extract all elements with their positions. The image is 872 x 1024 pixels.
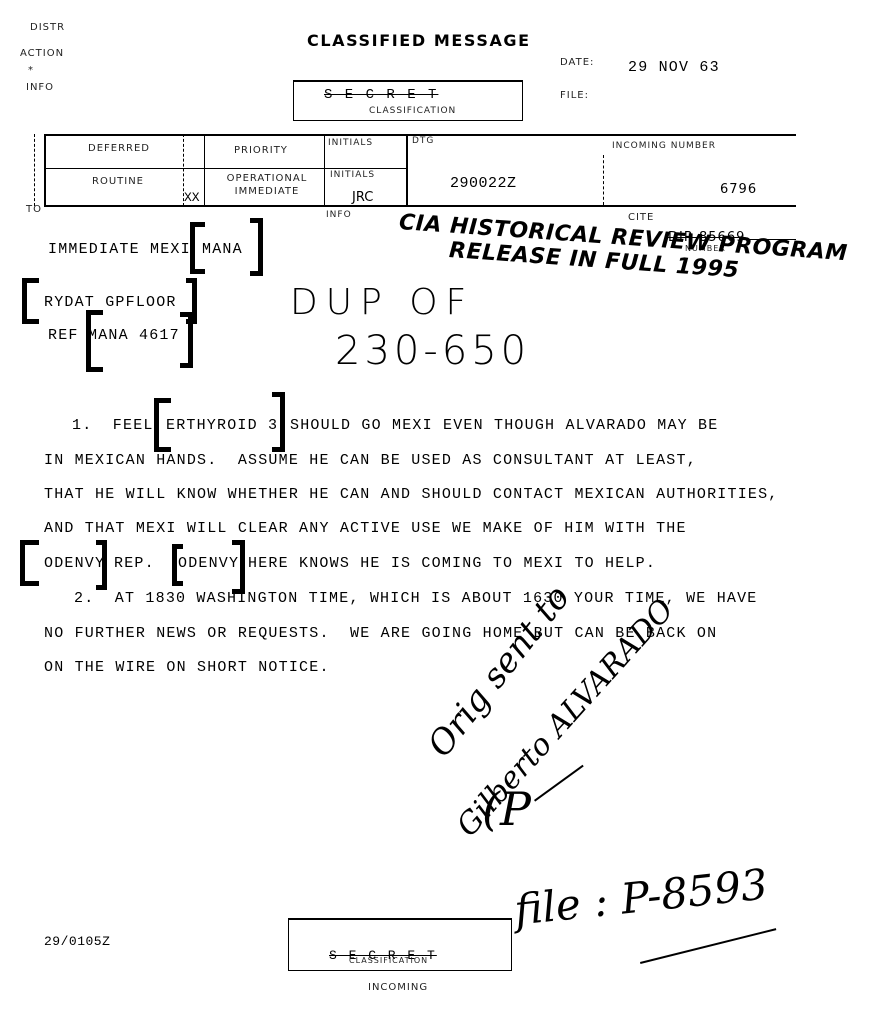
addressee-line: IMMEDIATE MEXI bbox=[48, 241, 191, 258]
routing-label-action: ACTION bbox=[20, 48, 64, 59]
incoming-number-label: INCOMING NUMBER bbox=[612, 141, 716, 151]
priority-label: PRIORITY bbox=[234, 145, 288, 156]
ref-value: MANA 4617 bbox=[88, 327, 180, 344]
handwritten-dup-line1: DUP OF bbox=[290, 282, 474, 323]
body-p1-line1-b: SHOULD GO MEXI EVEN THOUGH ALVARADO MAY … bbox=[290, 417, 718, 434]
date-value: 29 NOV 63 bbox=[628, 59, 720, 76]
footer-dtg-ref: 29/0105Z bbox=[44, 934, 110, 949]
precedence-routine[interactable]: ROUTINE bbox=[92, 176, 144, 187]
info-label: INFO bbox=[326, 210, 352, 220]
date-label: DATE: bbox=[560, 57, 594, 68]
body-p1-redacted-cryptonym: ERTHYROID 3 bbox=[166, 417, 278, 434]
body-p1-redacted-odenvy-2: ODENVY bbox=[178, 555, 239, 572]
document-title: CLASSIFIED MESSAGE bbox=[307, 31, 531, 50]
dtg-value: 290022Z bbox=[450, 175, 517, 192]
precedence-deferred[interactable]: DEFERRED bbox=[88, 143, 150, 154]
footer-incoming-label: INCOMING bbox=[368, 982, 428, 993]
classification-box: S E C R E T CLASSIFICATION bbox=[293, 80, 523, 121]
crypto-indicator: RYDAT GPFLOOR bbox=[44, 294, 177, 311]
routing-label-info: INFO bbox=[26, 82, 54, 93]
body-p1-line1-a: 1. FEEL bbox=[72, 417, 154, 434]
body-p1-line4: AND THAT MEXI WILL CLEAR ANY ACTIVE USE … bbox=[44, 520, 687, 537]
classification-value: S E C R E T bbox=[324, 87, 438, 103]
initials-value: JRC bbox=[352, 190, 373, 205]
initials-label-2: INITIALS bbox=[330, 170, 375, 180]
handwritten-note-line3: (P bbox=[482, 782, 531, 836]
footer-classification-label: CLASSIFICATION bbox=[349, 956, 428, 965]
body-p1-line5-a: REP. bbox=[114, 555, 155, 572]
handwritten-dup-line2: 230-650 bbox=[335, 328, 530, 374]
dtg-label: DTG bbox=[412, 136, 434, 146]
incoming-number-value: 6796 bbox=[720, 182, 757, 197]
to-label: TO bbox=[26, 204, 42, 215]
initials-label-1: INITIALS bbox=[328, 138, 373, 148]
file-label: FILE: bbox=[560, 90, 589, 101]
cite-label: CITE bbox=[628, 212, 654, 223]
footer-classification-box: S E C R E T CLASSIFICATION bbox=[288, 918, 512, 971]
precedence-mark: XX bbox=[184, 190, 200, 205]
body-p1-line2: IN MEXICAN HANDS. ASSUME HE CAN BE USED … bbox=[44, 452, 697, 469]
routing-label-distr: DISTR bbox=[30, 22, 65, 33]
body-p2-line3: ON THE WIRE ON SHORT NOTICE. bbox=[44, 659, 330, 676]
priority-value: OPERATIONAL IMMEDIATE bbox=[212, 172, 322, 198]
body-p1-line5-b: HERE KNOWS HE IS COMING TO MEXI TO HELP. bbox=[248, 555, 656, 572]
ref-label: REF bbox=[48, 327, 79, 344]
classification-label: CLASSIFICATION bbox=[369, 106, 456, 116]
addressee-redacted-code: MANA bbox=[202, 241, 243, 258]
routing-label-star: * bbox=[28, 65, 34, 76]
handwritten-file-note: file : P-8593 bbox=[512, 859, 770, 934]
body-p1-line3: THAT HE WILL KNOW WHETHER HE CAN AND SHO… bbox=[44, 486, 779, 503]
